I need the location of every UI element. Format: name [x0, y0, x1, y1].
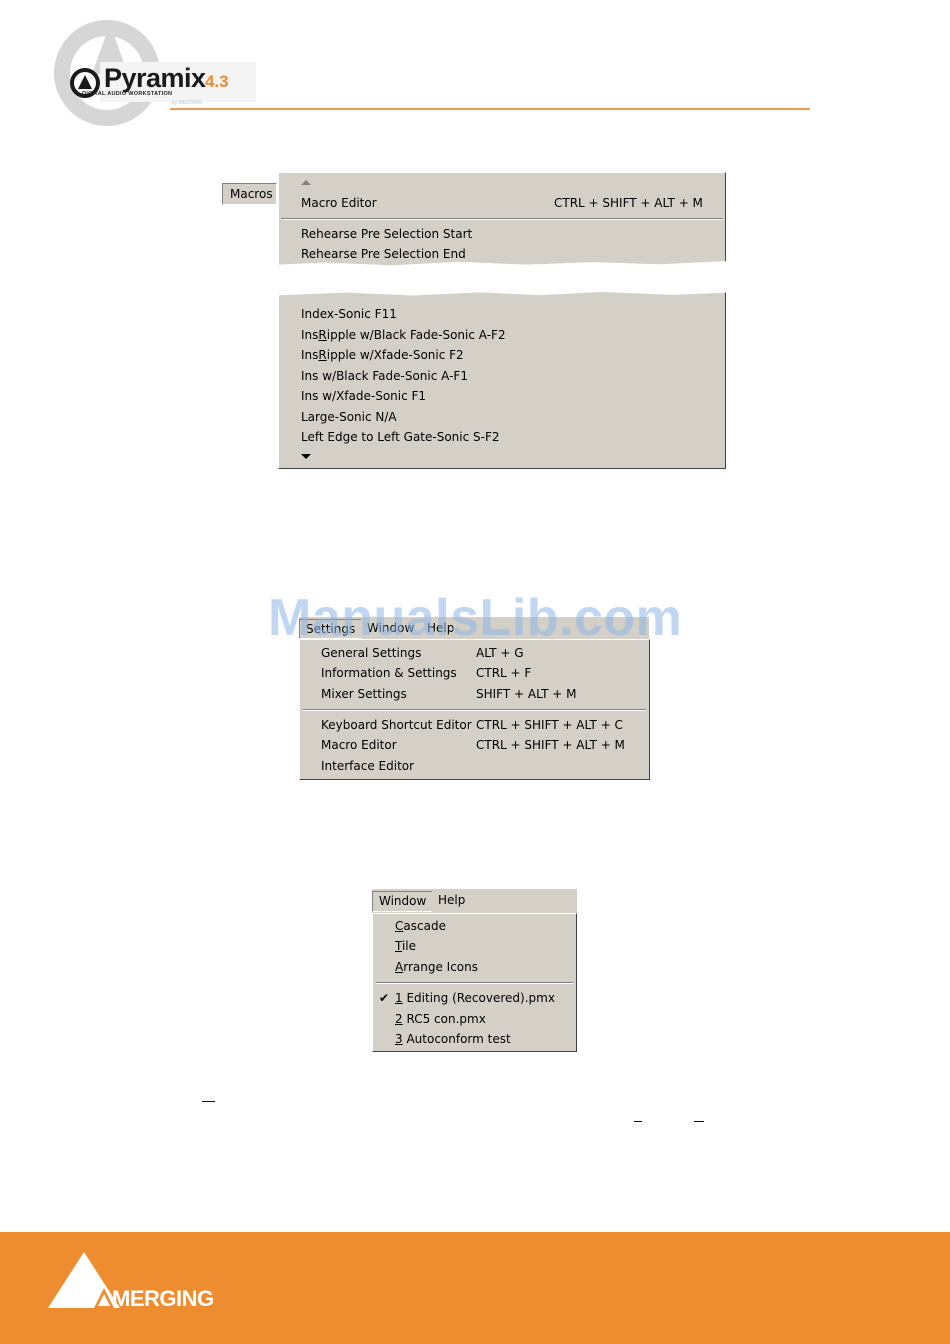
menu-separator: [376, 982, 573, 984]
menu-item-information-settings[interactable]: Information & Settings CTRL + F: [300, 663, 649, 683]
scroll-up-icon[interactable]: [301, 180, 311, 185]
window-menu: Cascade Tile Arrange Icons ✔ 1 Editing (…: [372, 913, 577, 1052]
menu-item-shortcut: CTRL + SHIFT + ALT + C: [476, 715, 623, 735]
menu-separator: [303, 709, 646, 711]
menu-item-label: Rehearse Pre Selection End: [301, 244, 466, 264]
menu-item-label: Left Edge to Left Gate-Sonic S-F2: [301, 427, 500, 447]
product-tagline: by MERGING: [172, 100, 203, 106]
menu-item-label: Ins w/Xfade-Sonic F1: [301, 386, 426, 406]
merging-logo-small-icon: [98, 1294, 110, 1306]
menu-item-macro-editor[interactable]: Macro Editor CTRL + SHIFT + ALT + M: [300, 735, 649, 755]
menu-item-label: Macro Editor: [321, 735, 397, 755]
menu-item[interactable]: Ins w/Black Fade-Sonic A-F1: [279, 366, 725, 386]
menu-item[interactable]: InsRipple w/Xfade-Sonic F2: [279, 345, 725, 365]
menu-item-macro-editor[interactable]: Macro Editor CTRL + SHIFT + ALT + M: [279, 193, 725, 213]
product-version: 4.3: [205, 72, 229, 92]
menu-item-label: 3 Autoconform test: [395, 1029, 511, 1049]
torn-gap: [279, 261, 727, 297]
menu-item-label: Mixer Settings: [321, 684, 407, 704]
menu-item-rehearse-end[interactable]: Rehearse Pre Selection End: [279, 244, 725, 264]
menu-item-rehearse-start[interactable]: Rehearse Pre Selection Start: [279, 224, 725, 244]
menu-item-interface-editor[interactable]: Interface Editor: [300, 756, 649, 776]
menu-item-keyboard-shortcut-editor[interactable]: Keyboard Shortcut Editor CTRL + SHIFT + …: [300, 715, 649, 735]
menu-item-window-3[interactable]: 3 Autoconform test: [373, 1029, 576, 1049]
menu-item-label: InsRipple w/Black Fade-Sonic A-F2: [301, 325, 506, 345]
menu-item-label: Tile: [395, 936, 416, 956]
underline-fragment: [694, 1121, 704, 1122]
underline-fragment: [202, 1101, 215, 1102]
menu-separator: [281, 218, 723, 220]
menu-item-window-1[interactable]: ✔ 1 Editing (Recovered).pmx: [373, 988, 576, 1008]
footer-brand: MERGING: [112, 1286, 214, 1312]
underline-fragment: [634, 1121, 642, 1122]
menu-item-label: Ins w/Black Fade-Sonic A-F1: [301, 366, 468, 386]
menu-item-label: InsRipple w/Xfade-Sonic F2: [301, 345, 464, 365]
menu-item-label: Arrange Icons: [395, 957, 478, 977]
menu-item-shortcut: CTRL + F: [476, 663, 531, 683]
menu-item[interactable]: Large-Sonic N/A: [279, 407, 725, 427]
header-rule: [170, 108, 810, 110]
product-subtitle: DIGITAL AUDIO WORKSTATION: [82, 91, 172, 97]
menu-item-shortcut: CTRL + SHIFT + ALT + M: [554, 193, 703, 213]
menu-item-label: Interface Editor: [321, 756, 414, 776]
menu-item-window-2[interactable]: 2 RC5 con.pmx: [373, 1009, 576, 1029]
menu-item-arrange-icons[interactable]: Arrange Icons: [373, 957, 576, 977]
menu-item-label: Information & Settings: [321, 663, 457, 683]
menubar-window[interactable]: Window: [372, 891, 433, 912]
settings-menu: General Settings ALT + G Information & S…: [299, 639, 650, 780]
macros-menu: Macro Editor CTRL + SHIFT + ALT + M Rehe…: [278, 172, 726, 469]
menu-item-label: Keyboard Shortcut Editor: [321, 715, 472, 735]
window-menubar: Window Help: [372, 889, 577, 913]
macros-menu-button[interactable]: Macros: [222, 183, 277, 205]
menu-item-shortcut: CTRL + SHIFT + ALT + M: [476, 735, 625, 755]
menu-item-label: Cascade: [395, 916, 446, 936]
footer-band: MERGING: [0, 1232, 950, 1344]
checkmark-icon: ✔: [379, 988, 389, 1008]
menu-item-label: Macro Editor: [301, 193, 377, 213]
menu-item-label: Rehearse Pre Selection Start: [301, 224, 472, 244]
menu-item-label: 1 Editing (Recovered).pmx: [395, 988, 555, 1008]
menu-item[interactable]: Ins w/Xfade-Sonic F1: [279, 386, 725, 406]
product-name: Pyramix: [104, 63, 206, 94]
menu-item-label: Index-Sonic F11: [301, 304, 397, 324]
menu-item-shortcut: SHIFT + ALT + M: [476, 684, 577, 704]
scroll-down-icon[interactable]: [301, 454, 311, 459]
watermark: ManualsLib.com: [268, 588, 682, 648]
menu-item[interactable]: Index-Sonic F11: [279, 304, 725, 324]
menu-item-label: Large-Sonic N/A: [301, 407, 397, 427]
menu-item-tile[interactable]: Tile: [373, 936, 576, 956]
menu-item[interactable]: InsRipple w/Black Fade-Sonic A-F2: [279, 325, 725, 345]
menu-item-cascade[interactable]: Cascade: [373, 916, 576, 936]
menubar-help[interactable]: Help: [432, 891, 471, 912]
menu-item-mixer-settings[interactable]: Mixer Settings SHIFT + ALT + M: [300, 684, 649, 704]
menu-item[interactable]: Left Edge to Left Gate-Sonic S-F2: [279, 427, 725, 447]
menu-item-label: 2 RC5 con.pmx: [395, 1009, 486, 1029]
